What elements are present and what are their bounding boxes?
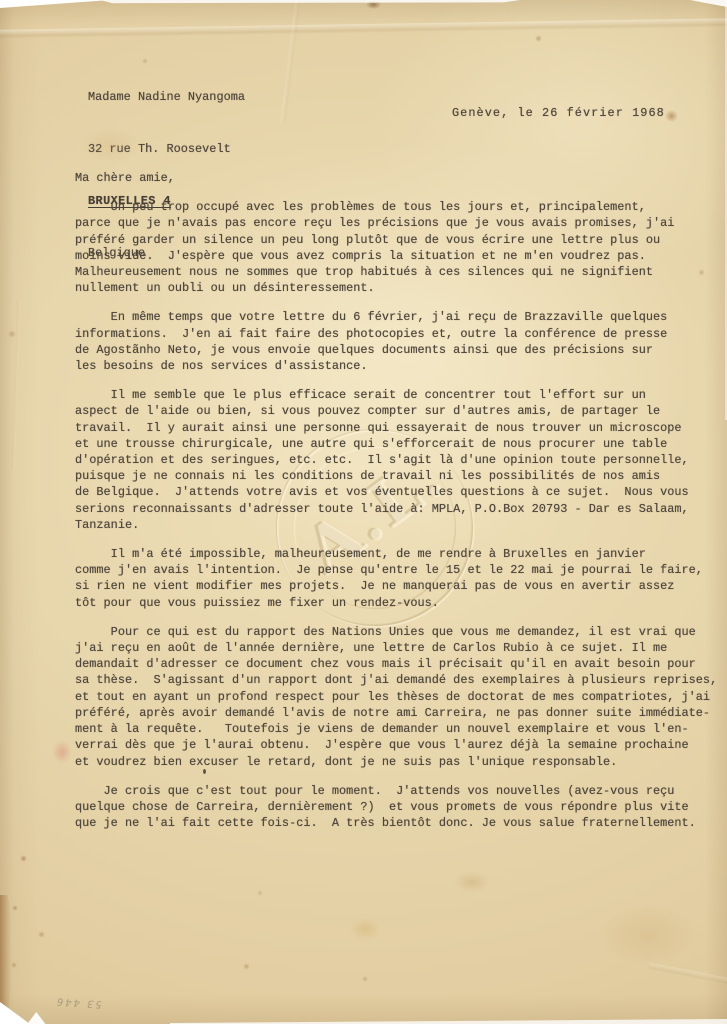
recipient-name: Madame Nadine Nyangoma <box>88 89 245 106</box>
paragraph: En même temps que votre lettre du 6 févr… <box>75 309 725 374</box>
dateline: Genève, le 26 février 1968 <box>452 106 665 120</box>
paragraph: Il m'a été impossible, malheureusement, … <box>75 546 725 611</box>
paragraph: Un peu trop occupé avec les problèmes de… <box>75 199 725 296</box>
scanned-letter-page: A.L. Madame Nadine Nyangoma 32 rue Th. R… <box>0 0 727 1024</box>
paragraph: Il me semble que le plus efficace serait… <box>75 387 725 533</box>
paragraph: Pour ce qui est du rapport des Nations U… <box>75 624 725 770</box>
red-smudge <box>52 740 72 764</box>
recipient-street: 32 rue Th. Roosevelt <box>88 141 245 158</box>
letter-body: Ma chère amie, Un peu trop occupé avec l… <box>75 170 725 831</box>
ink-speck <box>203 769 206 774</box>
paragraph: Je crois que c'est tout pour le moment. … <box>75 783 725 832</box>
salutation: Ma chère amie, <box>75 170 725 186</box>
